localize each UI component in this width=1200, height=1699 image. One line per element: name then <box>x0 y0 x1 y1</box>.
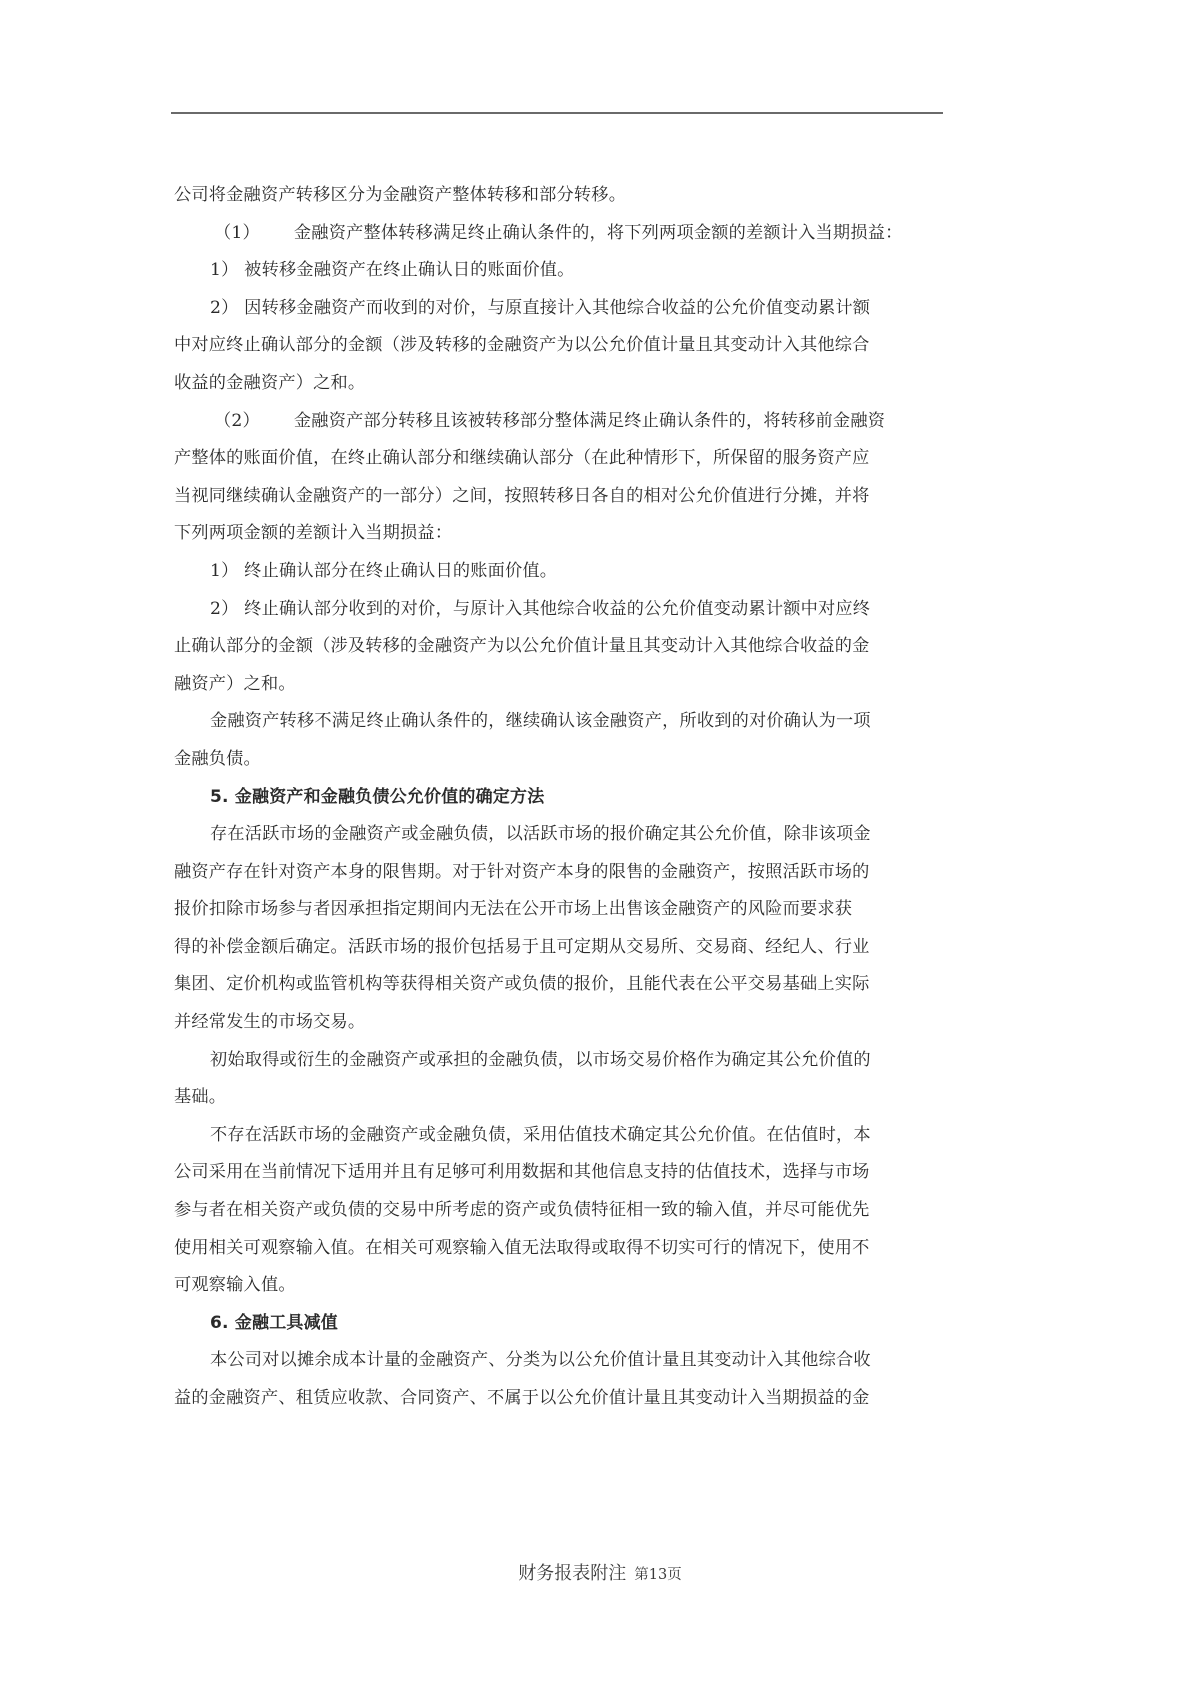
footer-title: 财务报表附注 <box>518 1563 626 1584</box>
paragraph-line: 本公司对以摊余成本计量的金融资产、分类为以公允价值计量且其变动计入其他综合收 <box>174 1342 946 1380</box>
paragraph-line: 金融负债。 <box>174 741 946 779</box>
line-text: 下列两项金额的差额计入当期损益： <box>174 523 452 543</box>
section-heading-5: 5. 金融资产和金融负债公允价值的确定方法 <box>174 779 946 817</box>
line-text: 当视同继续确认金融资产的一部分）之间，按照转移日各自的相对公允价值进行分摊，并将 <box>174 486 870 506</box>
paragraph-line: 中对应终止确认部分的金额（涉及转移的金融资产为以公允价值计量且其变动计入其他综合 <box>174 327 946 365</box>
paragraph-line: 基础。 <box>174 1079 946 1117</box>
line-text: 公司采用在当前情况下适用并且有足够可利用数据和其他信息支持的估值技术，选择与市场 <box>174 1162 870 1182</box>
paragraph-line: 产整体的账面价值，在终止确认部分和继续确认部分（在此种情形下，所保留的服务资产应 <box>174 440 946 478</box>
line-text: 集团、定价机构或监管机构等获得相关资产或负债的报价，且能代表在公平交易基础上实际 <box>174 974 870 994</box>
line-text: 本公司对以摊余成本计量的金融资产、分类为以公允价值计量且其变动计入其他综合收 <box>210 1350 871 1370</box>
paragraph-line: 当视同继续确认金融资产的一部分）之间，按照转移日各自的相对公允价值进行分摊，并将 <box>174 478 946 516</box>
list-item-1: （1）金融资产整体转移满足终止确认条件的，将下列两项金额的差额计入当期损益： <box>174 215 946 253</box>
paragraph-line: 融资产）之和。 <box>174 666 946 704</box>
line-text: 金融资产整体转移满足终止确认条件的，将下列两项金额的差额计入当期损益： <box>294 223 903 243</box>
line-text: 收益的金融资产）之和。 <box>174 373 365 393</box>
line-text: 金融负债。 <box>174 749 261 769</box>
line-text: 2） 终止确认部分收到的对价，与原计入其他综合收益的公允价值变动累计额中对应终 <box>210 599 870 619</box>
paragraph-line: 参与者在相关资产或负债的交易中所考虑的资产或负债特征相一致的输入值，并尽可能优先 <box>174 1192 946 1230</box>
document-body: 公司将金融资产转移区分为金融资产整体转移和部分转移。 （1）金融资产整体转移满足… <box>174 177 946 1418</box>
paragraph-line: 公司将金融资产转移区分为金融资产整体转移和部分转移。 <box>174 177 946 215</box>
line-text: 益的金融资产、租赁应收款、合同资产、不属于以公允价值计量且其变动计入当期损益的金 <box>174 1388 870 1408</box>
line-text: 基础。 <box>174 1087 226 1107</box>
line-text: 融资产）之和。 <box>174 674 296 694</box>
list-marker: （1） <box>214 223 260 243</box>
sub-item: 1） 终止确认部分在终止确认日的账面价值。 <box>174 553 946 591</box>
paragraph-line: 报价扣除市场参与者因承担指定期间内无法在公开市场上出售该金融资产的风险而要求获 <box>174 891 946 929</box>
sub-item: 2） 因转移金融资产而收到的对价，与原直接计入其他综合收益的公允价值变动累计额 <box>174 290 946 328</box>
line-text: 得的补偿金额后确定。活跃市场的报价包括易于且可定期从交易所、交易商、经纪人、行业 <box>174 937 870 957</box>
paragraph-line: 初始取得或衍生的金融资产或承担的金融负债，以市场交易价格作为确定其公允价值的 <box>174 1042 946 1080</box>
paragraph-line: 收益的金融资产）之和。 <box>174 365 946 403</box>
paragraph-line: 存在活跃市场的金融资产或金融负债，以活跃市场的报价确定其公允价值，除非该项金 <box>174 816 946 854</box>
list-item-2: （2）金融资产部分转移且该被转移部分整体满足终止确认条件的，将转移前金融资 <box>174 403 946 441</box>
paragraph-line: 可观察输入值。 <box>174 1267 946 1305</box>
paragraph-line: 得的补偿金额后确定。活跃市场的报价包括易于且可定期从交易所、交易商、经纪人、行业 <box>174 929 946 967</box>
line-text: 公司将金融资产转移区分为金融资产整体转移和部分转移。 <box>174 185 626 205</box>
header-rule <box>171 112 943 114</box>
page-footer: 财务报表附注第13页 <box>0 1559 1200 1585</box>
line-text: 报价扣除市场参与者因承担指定期间内无法在公开市场上出售该金融资产的风险而要求获 <box>174 899 852 919</box>
line-text: 融资产存在针对资产本身的限售期。对于针对资产本身的限售的金融资产，按照活跃市场的 <box>174 862 870 882</box>
line-text: 1） 终止确认部分在终止确认日的账面价值。 <box>210 561 557 581</box>
page-number: 第13页 <box>634 1567 681 1583</box>
heading-text: 5. 金融资产和金融负债公允价值的确定方法 <box>210 787 544 807</box>
paragraph-line: 益的金融资产、租赁应收款、合同资产、不属于以公允价值计量且其变动计入当期损益的金 <box>174 1380 946 1418</box>
line-text: 并经常发生的市场交易。 <box>174 1012 365 1032</box>
paragraph-line: 并经常发生的市场交易。 <box>174 1004 946 1042</box>
heading-text: 6. 金融工具减值 <box>210 1313 338 1333</box>
paragraph-line: 止确认部分的金额（涉及转移的金融资产为以公允价值计量且其变动计入其他综合收益的金 <box>174 628 946 666</box>
sub-item: 2） 终止确认部分收到的对价，与原计入其他综合收益的公允价值变动累计额中对应终 <box>174 591 946 629</box>
sub-item: 1） 被转移金融资产在终止确认日的账面价值。 <box>174 252 946 290</box>
line-text: 1） 被转移金融资产在终止确认日的账面价值。 <box>210 260 575 280</box>
line-text: 使用相关可观察输入值。在相关可观察输入值无法取得或取得不切实可行的情况下，使用不 <box>174 1238 870 1258</box>
paragraph-line: 融资产存在针对资产本身的限售期。对于针对资产本身的限售的金融资产，按照活跃市场的 <box>174 854 946 892</box>
line-text: 不存在活跃市场的金融资产或金融负债，采用估值技术确定其公允价值。在估值时，本 <box>210 1125 871 1145</box>
section-heading-6: 6. 金融工具减值 <box>174 1305 946 1343</box>
list-marker: （2） <box>214 411 260 431</box>
line-text: 初始取得或衍生的金融资产或承担的金融负债，以市场交易价格作为确定其公允价值的 <box>210 1050 871 1070</box>
paragraph-line: 公司采用在当前情况下适用并且有足够可利用数据和其他信息支持的估值技术，选择与市场 <box>174 1154 946 1192</box>
line-text: 金融资产转移不满足终止确认条件的，继续确认该金融资产，所收到的对价确认为一项 <box>210 711 871 731</box>
paragraph-line: 集团、定价机构或监管机构等获得相关资产或负债的报价，且能代表在公平交易基础上实际 <box>174 966 946 1004</box>
line-text: 可观察输入值。 <box>174 1275 296 1295</box>
line-text: 产整体的账面价值，在终止确认部分和继续确认部分（在此种情形下，所保留的服务资产应 <box>174 448 870 468</box>
line-text: 存在活跃市场的金融资产或金融负债，以活跃市场的报价确定其公允价值，除非该项金 <box>210 824 871 844</box>
line-text: 止确认部分的金额（涉及转移的金融资产为以公允价值计量且其变动计入其他综合收益的金 <box>174 636 870 656</box>
line-text: 金融资产部分转移且该被转移部分整体满足终止确认条件的，将转移前金融资 <box>294 411 885 431</box>
paragraph-line: 不存在活跃市场的金融资产或金融负债，采用估值技术确定其公允价值。在估值时，本 <box>174 1117 946 1155</box>
paragraph-line: 下列两项金额的差额计入当期损益： <box>174 515 946 553</box>
paragraph-line: 使用相关可观察输入值。在相关可观察输入值无法取得或取得不切实可行的情况下，使用不 <box>174 1230 946 1268</box>
line-text: 中对应终止确认部分的金额（涉及转移的金融资产为以公允价值计量且其变动计入其他综合 <box>174 335 870 355</box>
paragraph-line: 金融资产转移不满足终止确认条件的，继续确认该金融资产，所收到的对价确认为一项 <box>174 703 946 741</box>
line-text: 参与者在相关资产或负债的交易中所考虑的资产或负债特征相一致的输入值，并尽可能优先 <box>174 1200 870 1220</box>
line-text: 2） 因转移金融资产而收到的对价，与原直接计入其他综合收益的公允价值变动累计额 <box>210 298 870 318</box>
